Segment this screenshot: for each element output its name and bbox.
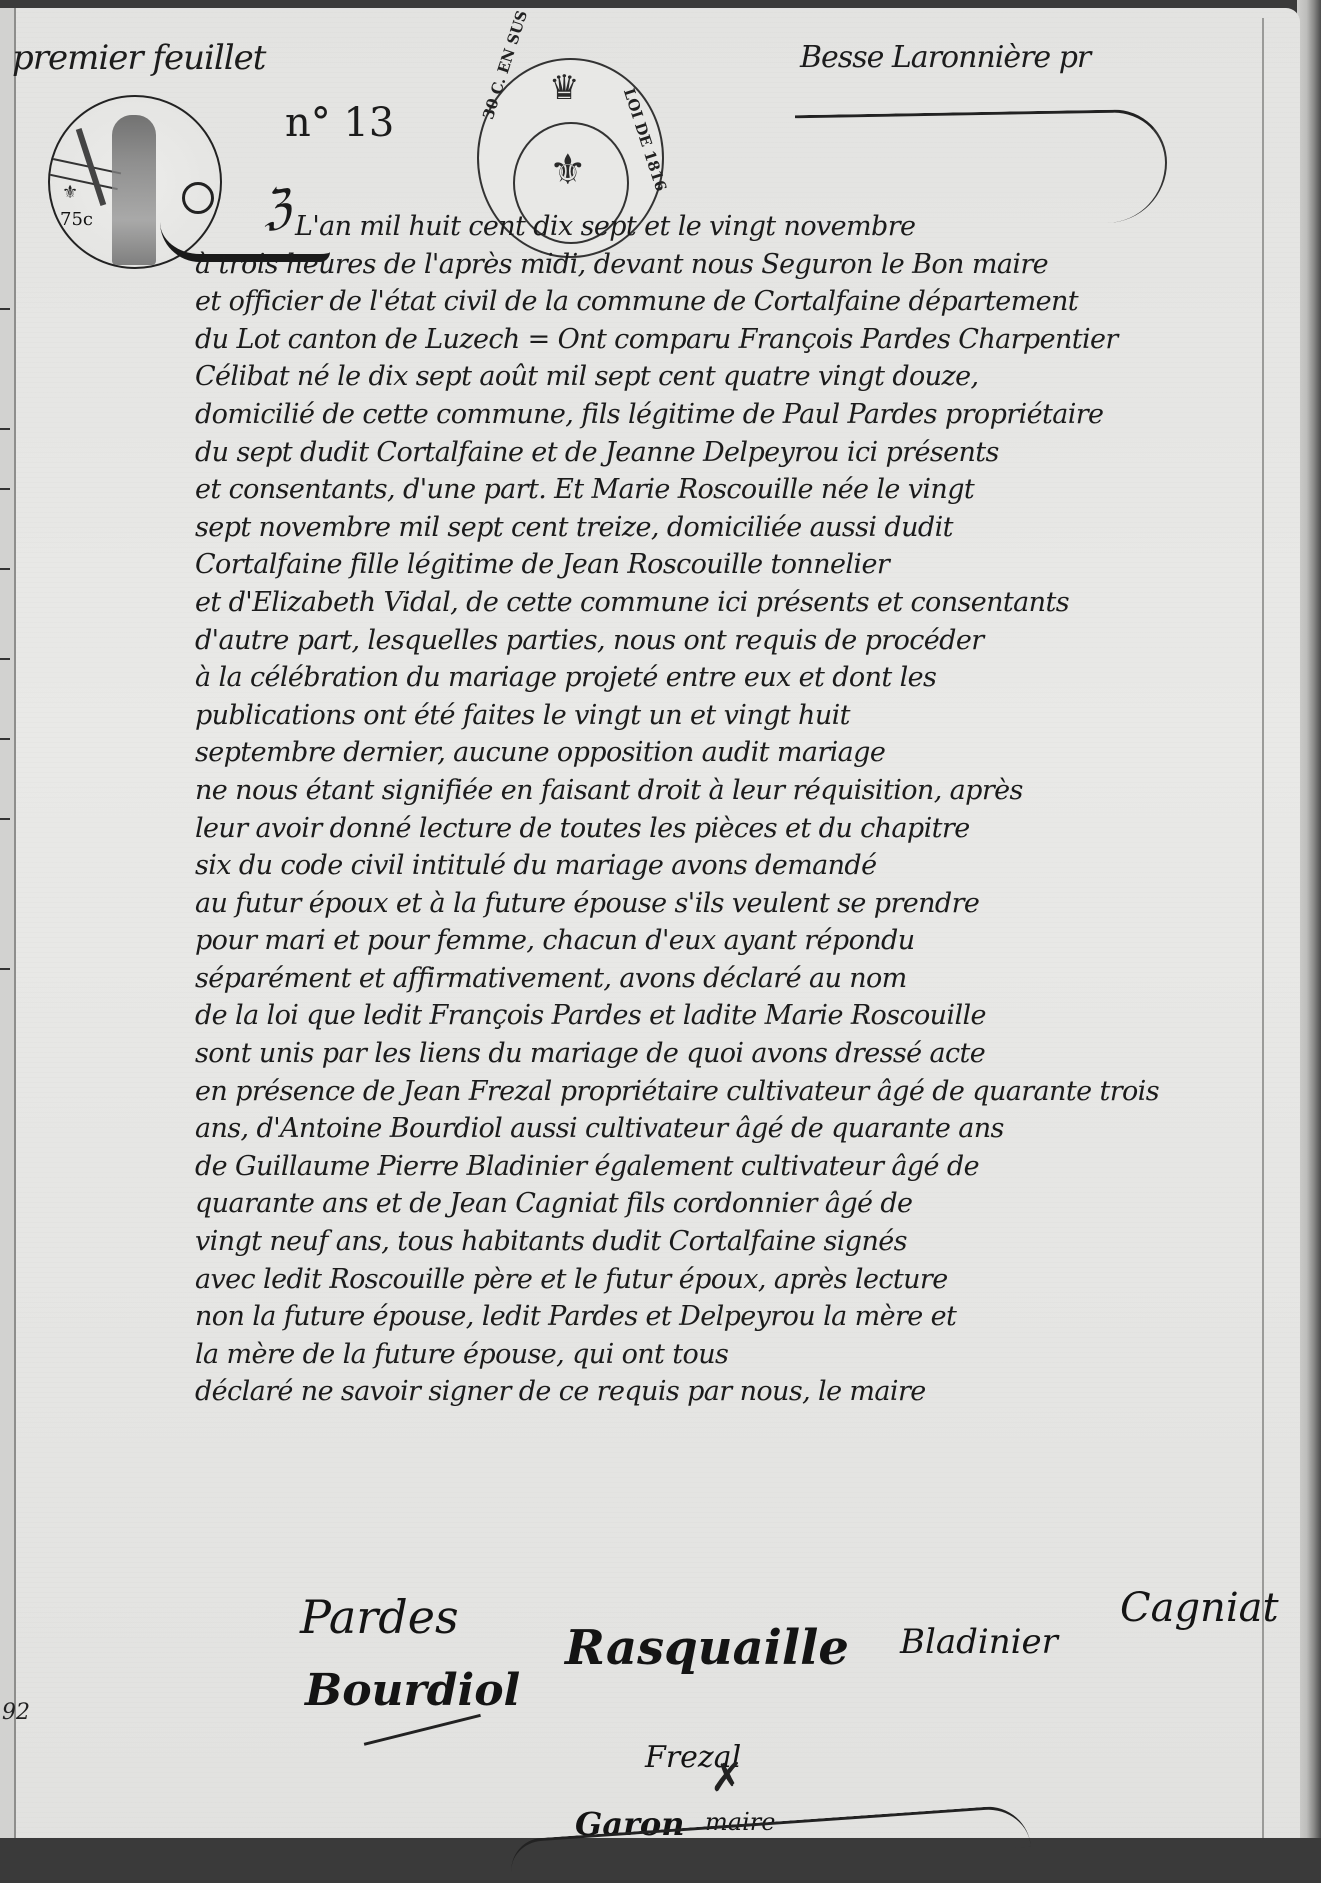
text-line: et d'Elizabeth Vidal, de cette commune i… xyxy=(195,584,1280,622)
text-line: au futur époux et à la future épouse s'i… xyxy=(195,885,1280,923)
text-line: avec ledit Roscouille père et le futur é… xyxy=(195,1261,1280,1299)
margin-note: 92 xyxy=(2,1700,30,1725)
text-line: et officier de l'état civil de la commun… xyxy=(195,283,1280,321)
signature-cagniat: Cagniat xyxy=(1120,1585,1279,1631)
margin-tick xyxy=(0,738,10,740)
text-line: sept novembre mil sept cent treize, domi… xyxy=(195,509,1280,547)
margin-tick xyxy=(0,568,10,570)
fleur-de-lis-icon: ⚜ xyxy=(62,182,78,203)
folio-number: n° 13 xyxy=(285,100,394,146)
text-line: à trois heures de l'après midi, devant n… xyxy=(195,246,1280,284)
signature-bourdiol: Bourdiol xyxy=(305,1665,520,1716)
text-line: pour mari et pour femme, chacun d'eux ay… xyxy=(195,922,1280,960)
margin-tick xyxy=(0,658,10,660)
text-line: sont unis par les liens du mariage de qu… xyxy=(195,1035,1280,1073)
fleur-de-lis-icon: ⚜ xyxy=(549,145,587,194)
text-line: quarante ans et de Jean Cagniat fils cor… xyxy=(195,1185,1280,1223)
text-line: publications ont été faites le vingt un … xyxy=(195,697,1280,735)
margin-tick xyxy=(0,428,10,430)
text-line: ans, d'Antoine Bourdiol aussi cultivateu… xyxy=(195,1110,1280,1148)
text-line: en présence de Jean Frezal propriétaire … xyxy=(195,1073,1280,1111)
crown-icon: ♛ xyxy=(549,68,579,108)
book-binding xyxy=(1297,0,1321,1838)
stamp-band xyxy=(49,158,121,190)
text-line: déclaré ne savoir signer de ce requis pa… xyxy=(195,1373,1280,1411)
text-line: ne nous étant signifiée en faisant droit… xyxy=(195,772,1280,810)
act-body: L'an mil huit cent dix sept et le vingt … xyxy=(195,208,1280,1411)
signature-rasquaille: Rasquaille xyxy=(565,1620,849,1676)
text-line: six du code civil intitulé du mariage av… xyxy=(195,847,1280,885)
text-line: à la célébration du mariage projeté entr… xyxy=(195,659,1280,697)
cross-mark-icon: ✗ xyxy=(710,1755,744,1801)
previous-page-edge xyxy=(0,8,16,1838)
text-line: et consentants, d'une part. Et Marie Ros… xyxy=(195,471,1280,509)
text-line: du sept dudit Cortalfaine et de Jeanne D… xyxy=(195,434,1280,472)
margin-tick xyxy=(0,968,10,970)
signature-bladinier: Bladinier xyxy=(900,1622,1058,1662)
allegorical-figure-icon xyxy=(112,115,156,265)
text-line: de la loi que ledit François Pardes et l… xyxy=(195,997,1280,1035)
signature-pardes: Pardes xyxy=(300,1590,459,1644)
margin-tick xyxy=(0,488,10,490)
text-line: domicilié de cette commune, fils légitim… xyxy=(195,396,1280,434)
text-line: septembre dernier, aucune opposition aud… xyxy=(195,734,1280,772)
margin-tick xyxy=(0,308,10,310)
text-line: vingt neuf ans, tous habitants dudit Cor… xyxy=(195,1223,1280,1261)
text-line: Cortalfaine fille légitime de Jean Rosco… xyxy=(195,546,1280,584)
text-line: leur avoir donné lecture de toutes les p… xyxy=(195,810,1280,848)
sheet-heading: premier feuillet xyxy=(12,38,265,78)
text-line: séparément et affirmativement, avons déc… xyxy=(195,960,1280,998)
text-line: L'an mil huit cent dix sept et le vingt … xyxy=(195,208,1280,246)
text-line: la mère de la future épouse, qui ont tou… xyxy=(195,1336,1280,1374)
text-line: du Lot canton de Luzech = Ont comparu Fr… xyxy=(195,321,1280,359)
text-line: de Guillaume Pierre Bladinier également … xyxy=(195,1148,1280,1186)
text-line: Célibat né le dix sept août mil sept cen… xyxy=(195,358,1280,396)
text-line: non la future épouse, ledit Pardes et De… xyxy=(195,1298,1280,1336)
margin-tick xyxy=(0,818,10,820)
header-annotation: Besse Laronnière pr xyxy=(800,40,1090,75)
text-line: d'autre part, lesquelles parties, nous o… xyxy=(195,622,1280,660)
stamp-value: 75c xyxy=(60,209,93,230)
